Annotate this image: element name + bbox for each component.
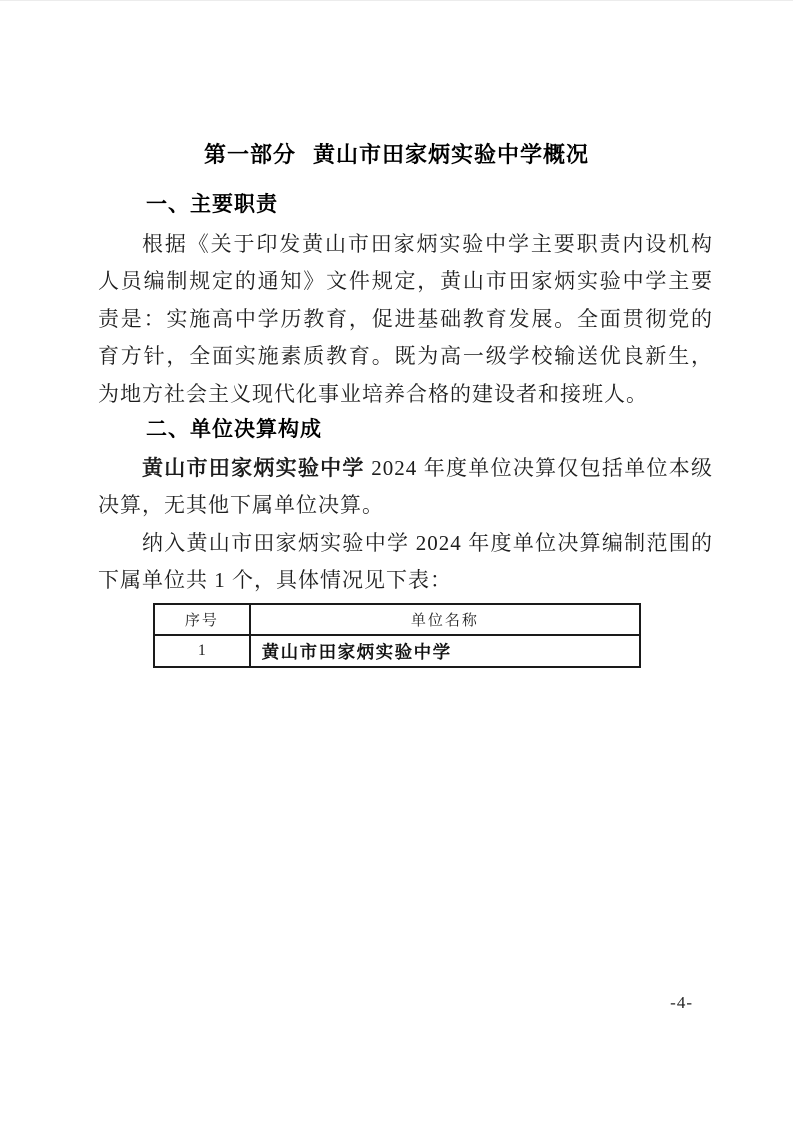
paragraph-line: 人员编制规定的通知》文件规定，黄山市田家炳实验中学主要职 <box>98 263 713 300</box>
section-2-heading: 二、单位决算构成 <box>146 417 322 443</box>
unit-name-lead: 黄山市田家炳实验中学 <box>142 456 365 480</box>
section-1-paragraph-1: 根据《关于印发黄山市田家炳实验中学主要职责内设机构和 人员编制规定的通知》文件规… <box>98 226 713 413</box>
section-2-paragraph-2: 纳入黄山市田家炳实验中学 2024 年度单位决算编制范围的 下属单位共 1 个，… <box>98 525 713 600</box>
paragraph-line: 决算，无其他下属单位决算。 <box>98 487 713 524</box>
table-row: 1 黄山市田家炳实验中学 <box>154 635 640 667</box>
paragraph-line: 责是：实施高中学历教育，促进基础教育发展。全面贯彻党的教 <box>98 301 713 338</box>
document-title: 第一部分 黄山市田家炳实验中学概况 <box>0 141 793 169</box>
page-number: -4- <box>670 993 693 1013</box>
table-header-row: 序号 单位名称 <box>154 604 640 635</box>
paragraph-line: 根据《关于印发黄山市田家炳实验中学主要职责内设机构和 <box>98 226 713 263</box>
paragraph-line: 纳入黄山市田家炳实验中学 2024 年度单位决算编制范围的 <box>98 525 713 562</box>
document-page: 第一部分 黄山市田家炳实验中学概况 一、主要职责 根据《关于印发黄山市田家炳实验… <box>0 0 793 1122</box>
paragraph-line-rest: 2024 年度单位决算仅包括单位本级 <box>365 456 713 480</box>
paragraph-line: 黄山市田家炳实验中学 2024 年度单位决算仅包括单位本级 <box>98 450 713 487</box>
table-header-unit-name: 单位名称 <box>250 604 640 635</box>
paragraph-line: 为地方社会主义现代化事业培养合格的建设者和接班人。 <box>98 376 713 413</box>
subordinate-units-table: 序号 单位名称 1 黄山市田家炳实验中学 <box>153 603 641 668</box>
table-cell-unit-name: 黄山市田家炳实验中学 <box>250 635 640 667</box>
table-header-seq: 序号 <box>154 604 250 635</box>
paragraph-line: 下属单位共 1 个，具体情况见下表： <box>98 562 713 599</box>
paragraph-line: 育方针，全面实施素质教育。既为高一级学校输送优良新生，也 <box>98 338 713 375</box>
section-2-paragraph-1: 黄山市田家炳实验中学 2024 年度单位决算仅包括单位本级 决算，无其他下属单位… <box>98 450 713 525</box>
section-1-heading: 一、主要职责 <box>146 192 278 218</box>
table-cell-seq: 1 <box>154 635 250 667</box>
